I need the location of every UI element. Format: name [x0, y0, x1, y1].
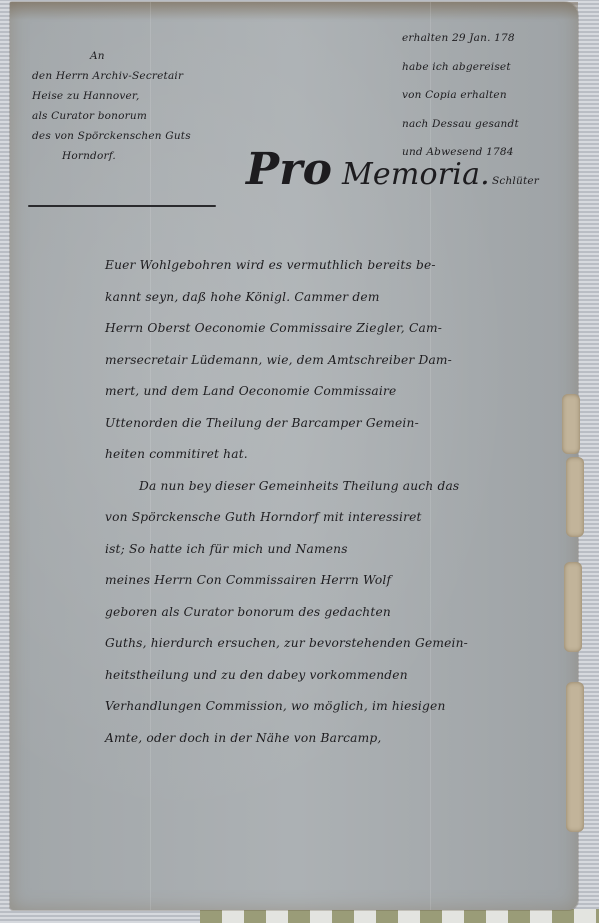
margin-note-line: nach Dessau gesandt: [402, 110, 539, 139]
body-line: meines Herrn Con Commissairen Herrn Wolf: [105, 565, 468, 597]
body-line: Da nun bey dieser Gemeinheits Theilung a…: [105, 471, 468, 503]
body-line: ist; So hatte ich für mich und Namens: [105, 534, 468, 566]
body-line: Verhandlungen Commission, wo möglich, im…: [105, 691, 468, 723]
body-line: von Spörckensche Guth Horndorf mit inter…: [105, 502, 468, 534]
title-main: Memoria.: [342, 157, 490, 192]
body-line: kannt seyn, daß hohe Königl. Cammer dem: [105, 282, 468, 314]
body-line: mersecretair Lüdemann, wie, dem Amtschre…: [105, 345, 468, 377]
margin-note-line: erhalten 29 Jan. 178: [402, 24, 539, 53]
address-block: An den Herrn Archiv-Secretair Heise zu H…: [32, 46, 191, 166]
address-line: An: [32, 46, 191, 66]
address-line: Heise zu Hannover,: [32, 86, 191, 106]
title-prefix: Pro: [246, 144, 332, 195]
address-line: den Herrn Archiv-Secretair: [32, 66, 191, 86]
body-text: Euer Wohlgebohren wird es vermuthlich be…: [105, 250, 468, 754]
body-line: Guths, hierdurch ersuchen, zur bevorsteh…: [105, 628, 468, 660]
torn-edge-stain: [562, 394, 580, 454]
body-line: Herrn Oberst Oeconomie Commissaire Ziegl…: [105, 313, 468, 345]
address-line: Horndorf.: [32, 146, 191, 166]
manuscript-page: An den Herrn Archiv-Secretair Heise zu H…: [10, 2, 578, 910]
body-line: Amte, oder doch in der Nähe von Barcamp,: [105, 723, 468, 755]
document-title: Pro Memoria.: [246, 150, 490, 195]
margin-note-line: von Copia erhalten: [402, 81, 539, 110]
body-line: geboren als Curator bonorum des gedachte…: [105, 597, 468, 629]
address-underline-divider: [28, 205, 216, 207]
body-line: Euer Wohlgebohren wird es vermuthlich be…: [105, 250, 468, 282]
address-line: des von Spörckenschen Guts: [32, 126, 191, 146]
body-line: heitstheilung und zu den dabey vorkommen…: [105, 660, 468, 692]
body-line: heiten commitiret hat.: [105, 439, 468, 471]
address-line: als Curator bonorum: [32, 106, 191, 126]
torn-edge-stain: [566, 682, 584, 832]
torn-edge-stain: [564, 562, 582, 652]
margin-note-line: habe ich abgereiset: [402, 53, 539, 82]
torn-edge-stain: [566, 457, 584, 537]
body-line: mert, und dem Land Oeconomie Commissaire: [105, 376, 468, 408]
body-line: Uttenorden die Theilung der Barcamper Ge…: [105, 408, 468, 440]
tablecloth-background: [200, 909, 599, 923]
